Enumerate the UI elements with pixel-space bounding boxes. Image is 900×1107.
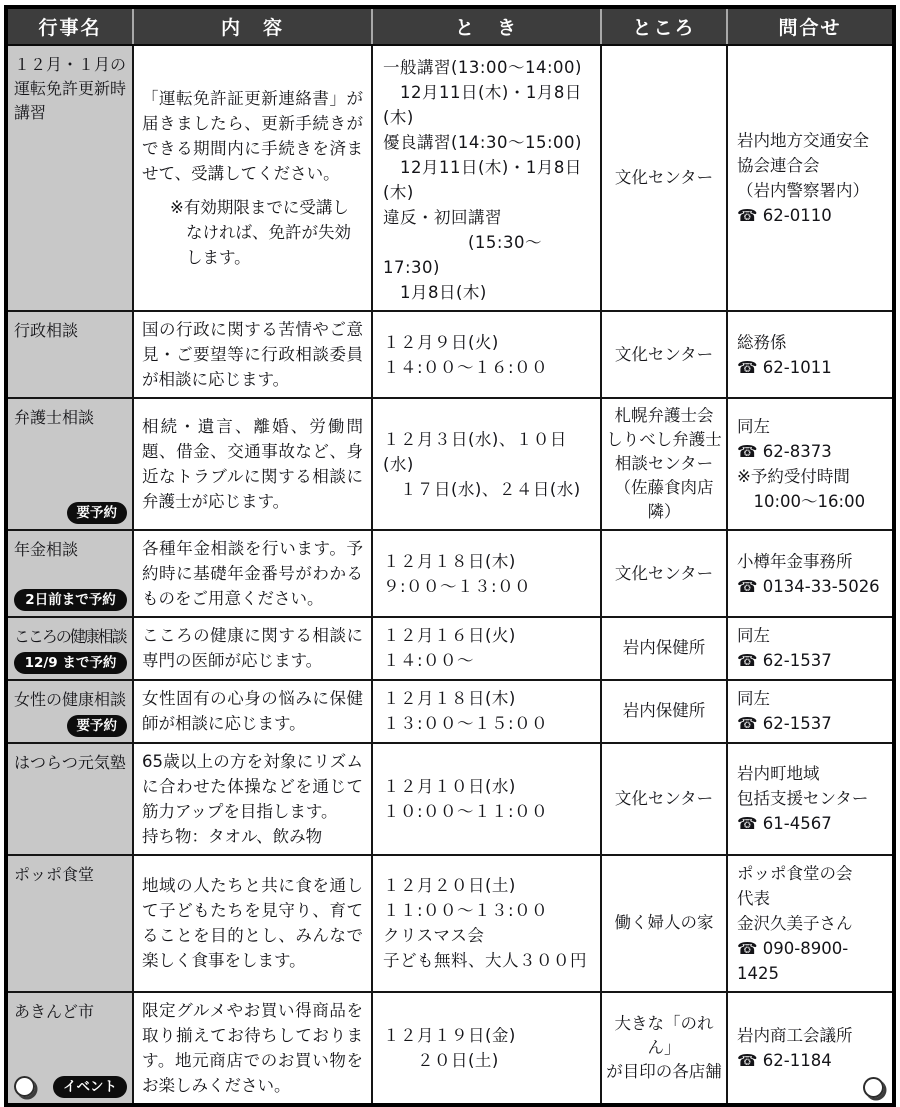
when-line: １２月１０日(水) — [383, 774, 593, 799]
contact-line: ☎ 62-1011 — [737, 355, 885, 380]
content-paragraph: こころの健康に関する相談に専門の医師が応じます。 — [142, 623, 363, 673]
content-cell: こころの健康に関する相談に専門の医師が応じます。 — [132, 618, 371, 679]
where-cell: 札幌弁護士会しりべし弁護士相談センター（佐藤食肉店隣） — [600, 399, 726, 529]
when-line: ９:００～１３:００ — [383, 574, 593, 599]
when-line: １２月１８日(木) — [383, 549, 593, 574]
where-line: 大きな「のれん」 — [605, 1012, 723, 1060]
reservation-badge: 要予約 — [67, 715, 128, 737]
when-cell: １２月３日(水)、１０日(水) １７日(水)、２４日(水) — [371, 399, 600, 529]
contact-line: ☎ 090-8900-1425 — [737, 936, 885, 986]
sphere-icon — [863, 1077, 884, 1098]
contact-cell: 同左☎ 62-1537 — [726, 618, 892, 679]
reservation-badge: イベント — [53, 1076, 127, 1098]
contact-line: ☎ 0134-33-5026 — [737, 574, 885, 599]
when-line: １１:００～１３:００ — [383, 898, 593, 923]
content-cell: 「運転免許証更新連絡書」が届きましたら、更新手続きができる期間内に手続きを済ませ… — [132, 46, 371, 310]
event-name-line: 行政相談 — [14, 319, 127, 343]
contact-cell: 総務係☎ 62-1011 — [726, 312, 892, 397]
event-name-line: 女性の健康相談 — [14, 688, 127, 712]
contact-cell: 岩内商工会議所☎ 62-1184 — [726, 993, 892, 1103]
event-name-cell: 女性の健康相談 要予約 — [8, 681, 132, 742]
content-cell: 65歳以上の方を対象にリズムに合わせた体操などを通じて筋力アップを目指します。持… — [132, 744, 371, 854]
where-line: 文化センター — [615, 787, 713, 811]
event-name-line: 年金相談 — [14, 538, 127, 562]
where-line: （佐藤食肉店隣） — [605, 476, 723, 524]
contact-line: 包括支援センター — [737, 786, 885, 811]
when-line: (15:30～17:30) — [383, 230, 593, 280]
content-cell: 国の行政に関する苦情やご意見・ご要望等に行政相談委員が相談に応じます。 — [132, 312, 371, 397]
content-paragraph: 各種年金相談を行います。予約時に基礎年金番号がわかるものをご用意ください。 — [142, 536, 363, 611]
table-row: ポッポ食堂 地域の人たちと共に食を通して子どもたちを見守り、育てることを目的とし… — [8, 854, 892, 991]
when-cell: １２月１９日(金) ２０日(土) — [371, 993, 600, 1103]
when-cell: １２月９日(火)１４:００～１６:００ — [371, 312, 600, 397]
where-cell: 働く婦人の家 — [600, 856, 726, 991]
where-line: 岩内保健所 — [623, 636, 706, 660]
header-contact: 問合せ — [726, 9, 892, 44]
table-row: 行政相談 国の行政に関する苦情やご意見・ご要望等に行政相談委員が相談に応じます。… — [8, 310, 892, 397]
event-schedule-table: 行事名 内 容 と き ところ 問合せ １２月・１月の運転免許更新時講習 「運転… — [4, 5, 896, 1107]
event-name-line: ポッポ食堂 — [14, 863, 127, 887]
contact-line: ☎ 62-1537 — [737, 711, 885, 736]
badge-row: 2日前まで予約 — [14, 586, 127, 611]
contact-line: 同左 — [737, 623, 885, 648]
contact-line: ☎ 62-1537 — [737, 648, 885, 673]
contact-line: 同左 — [737, 414, 885, 439]
contact-line: 総務係 — [737, 330, 885, 355]
contact-cell: 小樽年金事務所☎ 0134-33-5026 — [726, 531, 892, 616]
content-paragraph: 相続・遺言、離婚、労働問題、借金、交通事故など、身近なトラブルに関する相談に弁護… — [142, 414, 363, 514]
where-line: が目印の各店舗 — [606, 1060, 722, 1084]
when-line: １２月１９日(金) — [383, 1023, 593, 1048]
table-row: はつらつ元気塾 65歳以上の方を対象にリズムに合わせた体操などを通じて筋力アップ… — [8, 742, 892, 854]
when-line: 12月11日(木)・1月8日(木) — [383, 80, 593, 130]
event-name-line: 弁護士相談 — [14, 406, 127, 430]
where-cell: 文化センター — [600, 531, 726, 616]
contact-cell: 同左☎ 62-8373※予約受付時間 10:00～16:00 — [726, 399, 892, 529]
when-line: 1月8日(木) — [383, 280, 593, 305]
table-row: 女性の健康相談 要予約 女性固有の心身の悩みに保健師が相談に応じます。 １２月１… — [8, 679, 892, 742]
contact-line: 代表 — [737, 886, 885, 911]
where-line: 働く婦人の家 — [615, 911, 714, 935]
when-line: １３:００～１５:００ — [383, 711, 593, 736]
event-name-line: １２月・１月の — [14, 53, 127, 77]
when-line: 優良講習(14:30～15:00) — [383, 130, 593, 155]
when-line: 一般講習(13:00～14:00) — [383, 55, 593, 80]
contact-line: ☎ 62-0110 — [737, 203, 885, 228]
content-paragraph: 持ち物：タオル、飲み物 — [142, 824, 363, 849]
when-cell: １２月１６日(火)１４:００～ — [371, 618, 600, 679]
header-event-name: 行事名 — [8, 9, 132, 44]
event-name-cell: はつらつ元気塾 — [8, 744, 132, 854]
contact-line: （岩内警察署内） — [737, 178, 885, 203]
event-name-cell: 年金相談 2日前まで予約 — [8, 531, 132, 616]
where-cell: 岩内保健所 — [600, 681, 726, 742]
content-cell: 女性固有の心身の悩みに保健師が相談に応じます。 — [132, 681, 371, 742]
when-line: ２０日(土) — [383, 1048, 593, 1073]
when-line: １４:００～１６:００ — [383, 355, 593, 380]
contact-cell: 岩内町地域包括支援センター☎ 61-4567 — [726, 744, 892, 854]
when-line: １２月１６日(火) — [383, 623, 593, 648]
contact-line: ポッポ食堂の会 — [737, 861, 885, 886]
when-line: １２月３日(水)、１０日(水) — [383, 427, 593, 477]
header-where: ところ — [600, 9, 726, 44]
contact-line: 岩内町地域 — [737, 761, 885, 786]
content-paragraph: 女性固有の心身の悩みに保健師が相談に応じます。 — [142, 686, 363, 736]
content-paragraph: 限定グルメやお買い得商品を取り揃えてお待ちしております。地元商店でのお買い物をお… — [142, 998, 363, 1098]
event-name-cell: こころの健康相談 12/9 まで予約 — [8, 618, 132, 679]
event-name-cell: 弁護士相談 要予約 — [8, 399, 132, 529]
where-cell: 文化センター — [600, 46, 726, 310]
content-note: ※有効期限までに受講しなければ、免許が失効します。 — [142, 195, 363, 270]
reservation-badge: 要予約 — [67, 502, 128, 524]
where-cell: 岩内保健所 — [600, 618, 726, 679]
contact-line: 小樽年金事務所 — [737, 549, 885, 574]
event-name-line: あきんど市 — [14, 1000, 127, 1024]
where-cell: 大きな「のれん」が目印の各店舗 — [600, 993, 726, 1103]
when-cell: １２月１８日(木)９:００～１３:００ — [371, 531, 600, 616]
reservation-badge: 2日前まで予約 — [14, 589, 127, 611]
table-body: １２月・１月の運転免許更新時講習 「運転免許証更新連絡書」が届きましたら、更新手… — [8, 46, 892, 1103]
contact-cell: ポッポ食堂の会代表金沢久美子さん☎ 090-8900-1425 — [726, 856, 892, 991]
contact-line: 10:00～16:00 — [737, 489, 885, 514]
contact-line: 同左 — [737, 686, 885, 711]
contact-line: 金沢久美子さん — [737, 911, 885, 936]
when-line: 子ども無料、大人３００円 — [383, 948, 593, 973]
badge-row: 12/9 まで予約 — [14, 649, 127, 674]
event-name-cell: ポッポ食堂 — [8, 856, 132, 991]
contact-line: 岩内地方交通安全 — [737, 128, 885, 153]
content-cell: 各種年金相談を行います。予約時に基礎年金番号がわかるものをご用意ください。 — [132, 531, 371, 616]
reservation-badge: 12/9 まで予約 — [14, 652, 127, 674]
header-when: と き — [371, 9, 600, 44]
content-paragraph: 地域の人たちと共に食を通して子どもたちを見守り、育てることを目的とし、みんなで楽… — [142, 873, 363, 973]
badge-row: 要予約 — [14, 712, 127, 737]
where-line: しりべし弁護士 — [606, 428, 722, 452]
where-line: 文化センター — [615, 343, 713, 367]
content-cell: 地域の人たちと共に食を通して子どもたちを見守り、育てることを目的とし、みんなで楽… — [132, 856, 371, 991]
content-paragraph: 「運転免許証更新連絡書」が届きましたら、更新手続きができる期間内に手続きを済ませ… — [142, 86, 363, 186]
table-header-row: 行事名 内 容 と き ところ 問合せ — [8, 9, 892, 46]
contact-line: 協会連合会 — [737, 153, 885, 178]
contact-cell: 同左☎ 62-1537 — [726, 681, 892, 742]
when-cell: 一般講習(13:00～14:00) 12月11日(木)・1月8日(木)優良講習(… — [371, 46, 600, 310]
when-cell: １２月１８日(木)１３:００～１５:００ — [371, 681, 600, 742]
event-name-line: 運転免許更新時 — [14, 77, 127, 101]
where-line: 岩内保健所 — [623, 699, 706, 723]
when-line: １２月１８日(木) — [383, 686, 593, 711]
where-cell: 文化センター — [600, 312, 726, 397]
when-line: １４:００～ — [383, 648, 593, 673]
table-row: 弁護士相談 要予約 相続・遺言、離婚、労働問題、借金、交通事故など、身近なトラブ… — [8, 397, 892, 529]
contact-line: ☎ 61-4567 — [737, 811, 885, 836]
when-line: １０:００～１１:００ — [383, 799, 593, 824]
content-paragraph: 国の行政に関する苦情やご意見・ご要望等に行政相談委員が相談に応じます。 — [142, 317, 363, 392]
event-name-line: はつらつ元気塾 — [14, 751, 127, 775]
event-name-line: こころの健康相談 — [14, 625, 127, 649]
when-line: 12月11日(木)・1月8日(木) — [383, 155, 593, 205]
contact-line: 岩内商工会議所 — [737, 1023, 885, 1048]
table-row: こころの健康相談 12/9 まで予約 こころの健康に関する相談に専門の医師が応じ… — [8, 616, 892, 679]
when-line: １２月２０日(土) — [383, 873, 593, 898]
when-line: クリスマス会 — [383, 923, 593, 948]
when-cell: １２月２０日(土)１１:００～１３:００クリスマス会子ども無料、大人３００円 — [371, 856, 600, 991]
where-cell: 文化センター — [600, 744, 726, 854]
header-content: 内 容 — [132, 9, 371, 44]
where-line: 文化センター — [615, 166, 713, 190]
where-line: 札幌弁護士会 — [615, 404, 714, 428]
event-name-cell: 行政相談 — [8, 312, 132, 397]
when-cell: １２月１０日(水)１０:００～１１:００ — [371, 744, 600, 854]
sphere-icon — [14, 1076, 35, 1097]
badge-row: イベント — [14, 1073, 127, 1098]
content-cell: 相続・遺言、離婚、労働問題、借金、交通事故など、身近なトラブルに関する相談に弁護… — [132, 399, 371, 529]
table-row: １２月・１月の運転免許更新時講習 「運転免許証更新連絡書」が届きましたら、更新手… — [8, 46, 892, 310]
table-row: 年金相談 2日前まで予約 各種年金相談を行います。予約時に基礎年金番号がわかるも… — [8, 529, 892, 616]
contact-line: ☎ 62-1184 — [737, 1048, 885, 1073]
event-name-cell: １２月・１月の運転免許更新時講習 — [8, 46, 132, 310]
contact-line: ☎ 62-8373 — [737, 439, 885, 464]
contact-line: ※予約受付時間 — [737, 464, 885, 489]
contact-cell: 岩内地方交通安全協会連合会（岩内警察署内）☎ 62-0110 — [726, 46, 892, 310]
when-line: １２月９日(火) — [383, 330, 593, 355]
event-name-cell: あきんど市 イベント — [8, 993, 132, 1103]
when-line: 違反・初回講習 — [383, 205, 593, 230]
event-name-line: 講習 — [14, 101, 127, 125]
table-row: あきんど市 イベント 限定グルメやお買い得商品を取り揃えてお待ちしております。地… — [8, 991, 892, 1103]
content-cell: 限定グルメやお買い得商品を取り揃えてお待ちしております。地元商店でのお買い物をお… — [132, 993, 371, 1103]
where-line: 相談センター — [615, 452, 713, 476]
content-paragraph: 65歳以上の方を対象にリズムに合わせた体操などを通じて筋力アップを目指します。 — [142, 749, 363, 824]
badge-row: 要予約 — [14, 499, 127, 524]
where-line: 文化センター — [615, 562, 713, 586]
when-line: １７日(水)、２４日(水) — [383, 477, 593, 502]
